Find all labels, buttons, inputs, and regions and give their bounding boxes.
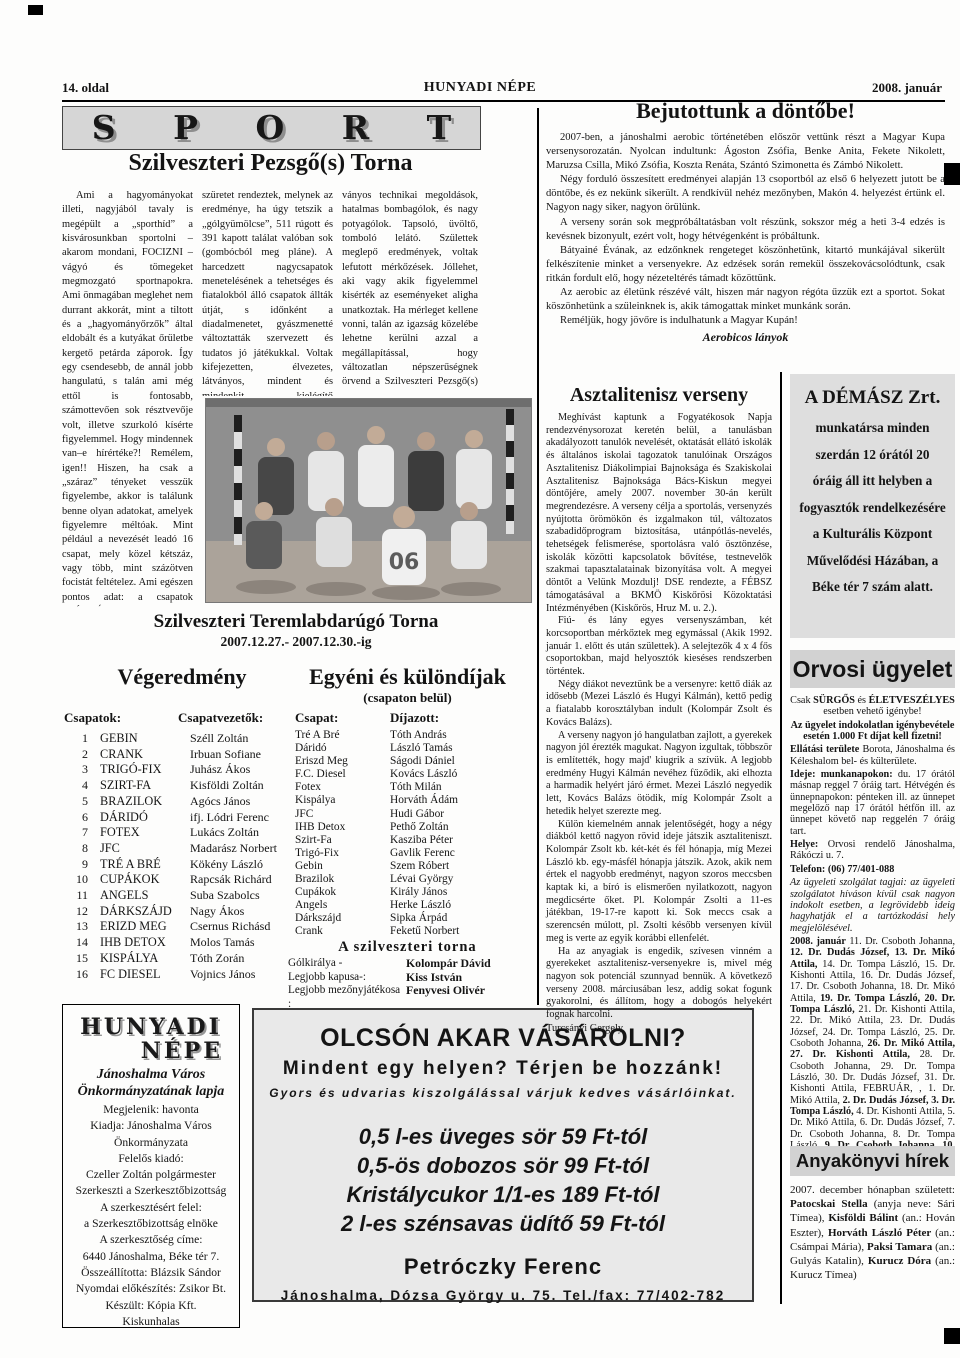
medical-fee-notice: Az ügyelet indokolatlan igénybevétele es… [790, 720, 955, 743]
award-player: Gavlik Ferenc [390, 847, 530, 860]
imprint-line: Czeller Zoltán polgármester [63, 1167, 239, 1183]
team-rank: 11 [64, 888, 88, 904]
imprint-line: Készült: Kópia Kft. [63, 1298, 239, 1314]
award-team: Gebin [295, 860, 390, 873]
team-leader: Vojnics János [190, 967, 284, 983]
advert-owner-name: Petróczky Ferenc [254, 1254, 752, 1280]
table-row: 15 KISPÁLYA Tóth Zorán [64, 951, 284, 967]
team-name: FC DIESEL [100, 967, 178, 983]
imprint-line: Szerkeszti a Szerkesztőbizottság [63, 1183, 239, 1199]
team-name: ANGELS [100, 888, 178, 904]
award-team: F.C. Diesel [295, 768, 390, 781]
paragraph: Külön kiemelném annak jelentőségét, hogy… [546, 819, 772, 946]
medical-staff-note: Az ügyeleti szolgálat tagjai: az ügyelet… [790, 877, 955, 934]
article-title-pezsgo: Szilveszteri Pezsgő(s) Torna [62, 150, 479, 177]
imprint-line: Megjelenik: havonta [63, 1102, 239, 1118]
team-leader: Irbuan Sofiane [190, 747, 284, 763]
team-name: TRIGÓ-FIX [100, 762, 178, 778]
teams-table: 1 GEBIN Széll Zoltán 2 CRANK Irbuan Sofi… [64, 731, 284, 982]
team-name: KISPÁLYA [100, 951, 178, 967]
finals-article-title: Bejutottunk a döntőbe! [546, 98, 945, 124]
team-rank: 10 [64, 872, 88, 888]
special-award-label: Legjobb kapusa-: [288, 971, 406, 985]
table-tennis-signature: Turcsányi Gergely [546, 1023, 772, 1034]
table-row: 8 JFC Madarász Norbert [64, 841, 284, 857]
table-row: Angels Herke László [295, 899, 530, 912]
table-row: 11 ANGELS Suba Szabolcs [64, 888, 284, 904]
registry-news-heading: Anyakönyvi hírek [790, 1146, 955, 1176]
award-player: Ságodi Dániel [390, 755, 530, 768]
demasz-line: a Kulturális Központ [790, 521, 955, 548]
award-team: JFC [295, 808, 390, 821]
team-name: DÁRIDÓ [100, 810, 178, 826]
demasz-notice-box: A DÉMÁSZ Zrt. munkatársa minden szerdán … [790, 374, 955, 638]
team-rank: 3 [64, 762, 88, 778]
award-player: Herke László [390, 899, 530, 912]
tournament-title: Szilveszteri Teremlabdarúgó Torna [62, 611, 530, 633]
sport-letter: O [255, 109, 284, 147]
team-name: SZIRT-FA [100, 778, 178, 794]
award-team: Kispálya [295, 794, 390, 807]
sport-letter: R [342, 109, 369, 147]
advert-tagline: Gyors és udvarias kiszolgálással várjuk … [254, 1086, 752, 1100]
article-column-2: szüretet rendeztek, melynek az eredménye… [202, 189, 333, 396]
table-row: Kispálya Horváth Ádám [295, 794, 530, 807]
table-row: 16 FC DIESEL Vojnics János [64, 967, 284, 983]
table-row: Eriszd Meg Ságodi Dániel [295, 755, 530, 768]
column-divider-left [537, 108, 539, 1005]
paragraph: Négy forduló összesített eredményei alap… [546, 173, 945, 215]
paragraph: Fiú- és lány egyes versenyszámban, két k… [546, 615, 772, 679]
table-row: 5 BRAZILOK Agócs János [64, 794, 284, 810]
award-team: Fotex [295, 781, 390, 794]
awards-subheading: (csapaton belül) [285, 690, 530, 706]
medical-duty-schedule: 2008. január 11. Dr. Csoboth Johanna, 12… [790, 936, 955, 1163]
imprint-line: 6440 Jánoshalma, Béke tér 7. [63, 1249, 239, 1265]
team-rank: 6 [64, 810, 88, 826]
award-player: Kovács László [390, 768, 530, 781]
table-row: Crank Feketű Norbert [295, 925, 530, 938]
award-player: Hudi Gábor [390, 808, 530, 821]
team-rank: 9 [64, 857, 88, 873]
table-tennis-body: Meghívást kaptunk a Fogyatékosok Napja r… [546, 412, 772, 1034]
award-team: Eriszd Meg [295, 755, 390, 768]
column-divider-right [780, 372, 782, 1304]
award-team: Brazilok [295, 873, 390, 886]
imprint-box: HUNYADI NÉPE Jánoshalma Város Önkormányz… [62, 1004, 240, 1328]
special-awards-heading: A szilveszteri torna [285, 939, 530, 956]
awards-table: Tré A Bré Tóth András Dáridó László Tamá… [295, 729, 530, 939]
team-leader: Juhász Ákos [190, 762, 284, 778]
imprint-line: Kiadja: Jánoshalma Város [63, 1118, 239, 1134]
award-player: Király János [390, 886, 530, 899]
team-rank: 2 [64, 747, 88, 763]
award-team: Dárkszájd [295, 912, 390, 925]
medical-service-hours: Ideje: munkanapokon: du. 17 órától másna… [790, 769, 955, 837]
demasz-line: szerdán 12 órától 20 [790, 442, 955, 469]
award-player: Tóth András [390, 729, 530, 742]
teams-column-header: Csapatok: [64, 710, 121, 726]
paragraph: Négy diákot neveztünk be a versenyre: ke… [546, 679, 772, 730]
table-row: 10 CUPÁKOK Rapcsák Richárd [64, 872, 284, 888]
team-rank: 1 [64, 731, 88, 747]
list-item: Legjobb kapusa-: Kiss István [288, 971, 533, 985]
team-rank: 16 [64, 967, 88, 983]
imprint-line: a Szerkesztőbizottság elnöke [63, 1216, 239, 1232]
imprint-line: Nyomdai előkészítés: Zsikor Bt. [63, 1281, 239, 1297]
crop-mark-top-left [28, 5, 43, 15]
table-tennis-title: Asztalitenisz verseny [546, 384, 772, 407]
demasz-line: Béke tér 7 szám alatt. [790, 574, 955, 601]
table-row: Dárkszájd Sipka Árpád [295, 912, 530, 925]
medical-duty-section: Csak SÜRGŐS és ÉLETVESZÉLYES esetben veh… [790, 695, 955, 1165]
sport-letter: T [427, 109, 452, 147]
team-leader: Kisföldi Zoltán [190, 778, 284, 794]
imprint-subtitle: Jánoshalma Város Önkormányzatának lapja [67, 1066, 235, 1100]
imprint-line: A szerkesztőség címe: [63, 1232, 239, 1248]
award-player: Horváth Ádám [390, 794, 530, 807]
award-player: László Tamás [390, 742, 530, 755]
award-team: Crank [295, 925, 390, 938]
demasz-line: fogyasztók rendelkezésére [790, 495, 955, 522]
award-team: Tré A Bré [295, 729, 390, 742]
team-leader: Madarász Norbert [190, 841, 284, 857]
award-player: Feketű Norbert [390, 925, 530, 938]
table-row: Trigó-Fix Gavlik Ferenc [295, 847, 530, 860]
award-team: Cupákok [295, 886, 390, 899]
sport-letter: S [92, 109, 116, 147]
imprint-line: A szerkesztésért felel: [63, 1200, 239, 1216]
table-row: JFC Hudi Gábor [295, 808, 530, 821]
table-row: 13 ERIZD MEG Csernus Richásd [64, 919, 284, 935]
advert-address: Jánoshalma, Dózsa György u. 75. Tel./fax… [254, 1288, 752, 1303]
results-heading: Végeredmény [62, 664, 302, 690]
team-name: IHB DETOX [100, 935, 178, 951]
team-leader: Csernus Richásd [190, 919, 284, 935]
team-photo-image: 06 [206, 399, 531, 602]
table-row: Tré A Bré Tóth András [295, 729, 530, 742]
team-leader: ifj. Lódri Ferenc [190, 810, 284, 826]
advert-price-line: 0,5-ös dobozos sör 99 Ft-tól [254, 1151, 752, 1180]
tournament-dates: 2007.12.27.- 2007.12.30.-ig [62, 634, 530, 650]
team-name: CUPÁKOK [100, 872, 178, 888]
award-player: Lévai György [390, 873, 530, 886]
team-name: GEBIN [100, 731, 178, 747]
award-player: Kasziba Péter [390, 834, 530, 847]
team-leader: Agócs János [190, 794, 284, 810]
paragraph: Ha az anyagiak is engedik, szívesen vinn… [546, 946, 772, 1022]
finals-article-signature: Aerobicos lányok [546, 330, 945, 345]
team-leader: Rapcsák Richárd [190, 872, 284, 888]
table-row: Gebin Szem Róbert [295, 860, 530, 873]
award-team: Szirt-Fa [295, 834, 390, 847]
team-name: ERIZD MEG [100, 919, 178, 935]
special-award-name: Kiss István [406, 971, 533, 985]
team-leader: Lukács Zoltán [190, 825, 284, 841]
medical-notice: Csak SÜRGŐS és ÉLETVESZÉLYES esetben veh… [790, 695, 955, 718]
demasz-line: munkatársa minden [790, 415, 955, 442]
awards-heading: Egyéni és különdíjak [285, 664, 530, 690]
table-row: 7 FOTEX Lukács Zoltán [64, 825, 284, 841]
team-rank: 15 [64, 951, 88, 967]
award-team-header: Csapat: [295, 710, 338, 726]
table-row: Dáridó László Tamás [295, 742, 530, 755]
paragraph: Reméljük, hogy jövőre is indulhatunk a M… [546, 314, 945, 328]
paragraph: 2007-ben, a jánoshalmi aerobic történeté… [546, 131, 945, 173]
table-row: 12 DÁRKSZÁJD Nagy Ákos [64, 904, 284, 920]
imprint-line: Összeállította: Blázsik Sándor [63, 1265, 239, 1281]
team-rank: 14 [64, 935, 88, 951]
imprint-line: Kiskunhalas [63, 1314, 239, 1330]
special-awards-list: Gólkirálya - Kolompár Dávid Legjobb kapu… [288, 957, 533, 1011]
registry-news-text: 2007. december hónapban született: Patoc… [790, 1183, 955, 1282]
special-award-label: Gólkirálya - [288, 957, 406, 971]
team-rank: 8 [64, 841, 88, 857]
team-leader: Suba Szabolcs [190, 888, 284, 904]
table-row: 9 TRÉ A BRÉ Kökény László [64, 857, 284, 873]
advert-price-line: 0,5 l-es üveges sör 59 Ft-tól [254, 1122, 752, 1151]
table-row: 4 SZIRT-FA Kisföldi Zoltán [64, 778, 284, 794]
team-name: TRÉ A BRÉ [100, 857, 178, 873]
imprint-logo-line2: NÉPE [63, 1039, 239, 1063]
list-item: Gólkirálya - Kolompár Dávid [288, 957, 533, 971]
team-leader: Kökény László [190, 857, 284, 873]
imprint-line: Önkormányzata [63, 1135, 239, 1151]
advert-price-line: Kristálycukor 1/1-es 189 Ft-tól [254, 1180, 752, 1209]
masthead: HUNYADI NÉPE [0, 80, 960, 96]
medical-phone: Telefon: (06) 77/401-088 [790, 864, 955, 875]
newspaper-page: 14. oldal HUNYADI NÉPE 2008. január SPOR… [0, 0, 960, 1358]
finals-article-body: 2007-ben, a jánoshalmi aerobic történeté… [546, 131, 945, 345]
table-row: 3 TRIGÓ-FIX Juhász Ákos [64, 762, 284, 778]
table-row: 6 DÁRIDÓ ifj. Lódri Ferenc [64, 810, 284, 826]
special-award-name: Kolompár Dávid [406, 957, 533, 971]
team-photo: 06 [205, 398, 532, 603]
table-row: 1 GEBIN Széll Zoltán [64, 731, 284, 747]
paragraph: A verseny nagyon jó hangulatban zajlott,… [546, 730, 772, 819]
advert-price-list: 0,5 l-es üveges sör 59 Ft-tól 0,5-ös dob… [254, 1122, 752, 1238]
table-row: 14 IHB DETOX Molos Tamás [64, 935, 284, 951]
table-row: Cupákok Király János [295, 886, 530, 899]
svg-text:06: 06 [389, 550, 420, 575]
paragraph: Az aerobic az életünk részévé vált, hisz… [546, 286, 945, 314]
award-team: Trigó-Fix [295, 847, 390, 860]
table-row: Brazilok Lévai György [295, 873, 530, 886]
award-team: Angels [295, 899, 390, 912]
award-player: Szem Róbert [390, 860, 530, 873]
award-player: Pethő Zoltán [390, 821, 530, 834]
team-leader: Nagy Ákos [190, 904, 284, 920]
advert-subheadline: Mindent egy helyen? Térjen be hozzánk! [254, 1058, 752, 1080]
team-name: CRANK [100, 747, 178, 763]
team-rank: 13 [64, 919, 88, 935]
registry-news-section: 2007. december hónapban született: Patoc… [790, 1183, 955, 1282]
imprint-line: Felelős kiadó: [63, 1151, 239, 1167]
award-team: IHB Detox [295, 821, 390, 834]
team-name: BRAZILOK [100, 794, 178, 810]
team-name: DÁRKSZÁJD [100, 904, 178, 920]
table-row: 2 CRANK Irbuan Sofiane [64, 747, 284, 763]
award-player-header: Díjazott: [390, 710, 439, 726]
team-leader: Széll Zoltán [190, 731, 284, 747]
article-column-1: Ami a hagyományokat illeti, nagyjából ta… [62, 189, 193, 607]
team-name: JFC [100, 841, 178, 857]
team-rank: 7 [64, 825, 88, 841]
table-row: IHB Detox Pethő Zoltán [295, 821, 530, 834]
team-rank: 5 [64, 794, 88, 810]
award-player: Tóth Milán [390, 781, 530, 794]
advert-box: OLCSÓN AKAR VÁSÁROLNI? Mindent egy helye… [252, 1008, 754, 1302]
award-player: Sipka Árpád [390, 912, 530, 925]
medical-duty-heading: Orvosi ügyelet [790, 650, 955, 688]
paragraph: Meghívást kaptunk a Fogyatékosok Napja r… [546, 412, 772, 615]
demasz-line: óráig áll itt helyben a [790, 468, 955, 495]
team-leader: Tóth Zorán [190, 951, 284, 967]
article-column-3: ványos technikai megoldások, hatalmas bo… [342, 189, 478, 388]
team-rank: 4 [64, 778, 88, 794]
table-row: F.C. Diesel Kovács László [295, 768, 530, 781]
leaders-column-header: Csapatvezetők: [178, 710, 263, 726]
medical-service-area: Ellátási területe Borota, Jánoshalma és … [790, 744, 955, 767]
award-team: Dáridó [295, 742, 390, 755]
team-leader: Molos Tamás [190, 935, 284, 951]
advert-price-line: 2 l-es szénsavas üdítő 59 Ft-tól [254, 1209, 752, 1238]
paragraph: Bátyainé Évának, az edzőnknek rengeteget… [546, 244, 945, 286]
demasz-line: Művelődési Házában, a [790, 548, 955, 575]
issue-date: 2008. január [872, 80, 942, 96]
table-row: Szirt-Fa Kasziba Péter [295, 834, 530, 847]
medical-location: Helye: Orvosi rendelő Jánoshalma, Rákócz… [790, 839, 955, 862]
imprint-logo-line1: HUNYADI [63, 1015, 239, 1039]
paragraph: A verseny során sok megpróbáltatásban vo… [546, 216, 945, 244]
crop-mark-right [944, 163, 960, 185]
crop-mark-bottom-right [944, 1328, 960, 1344]
team-name: FOTEX [100, 825, 178, 841]
table-row: Fotex Tóth Milán [295, 781, 530, 794]
demasz-title: A DÉMÁSZ Zrt. [790, 387, 955, 409]
team-rank: 12 [64, 904, 88, 920]
sport-letter: P [173, 109, 198, 147]
sport-rubric-logo: SPORT [62, 106, 481, 150]
